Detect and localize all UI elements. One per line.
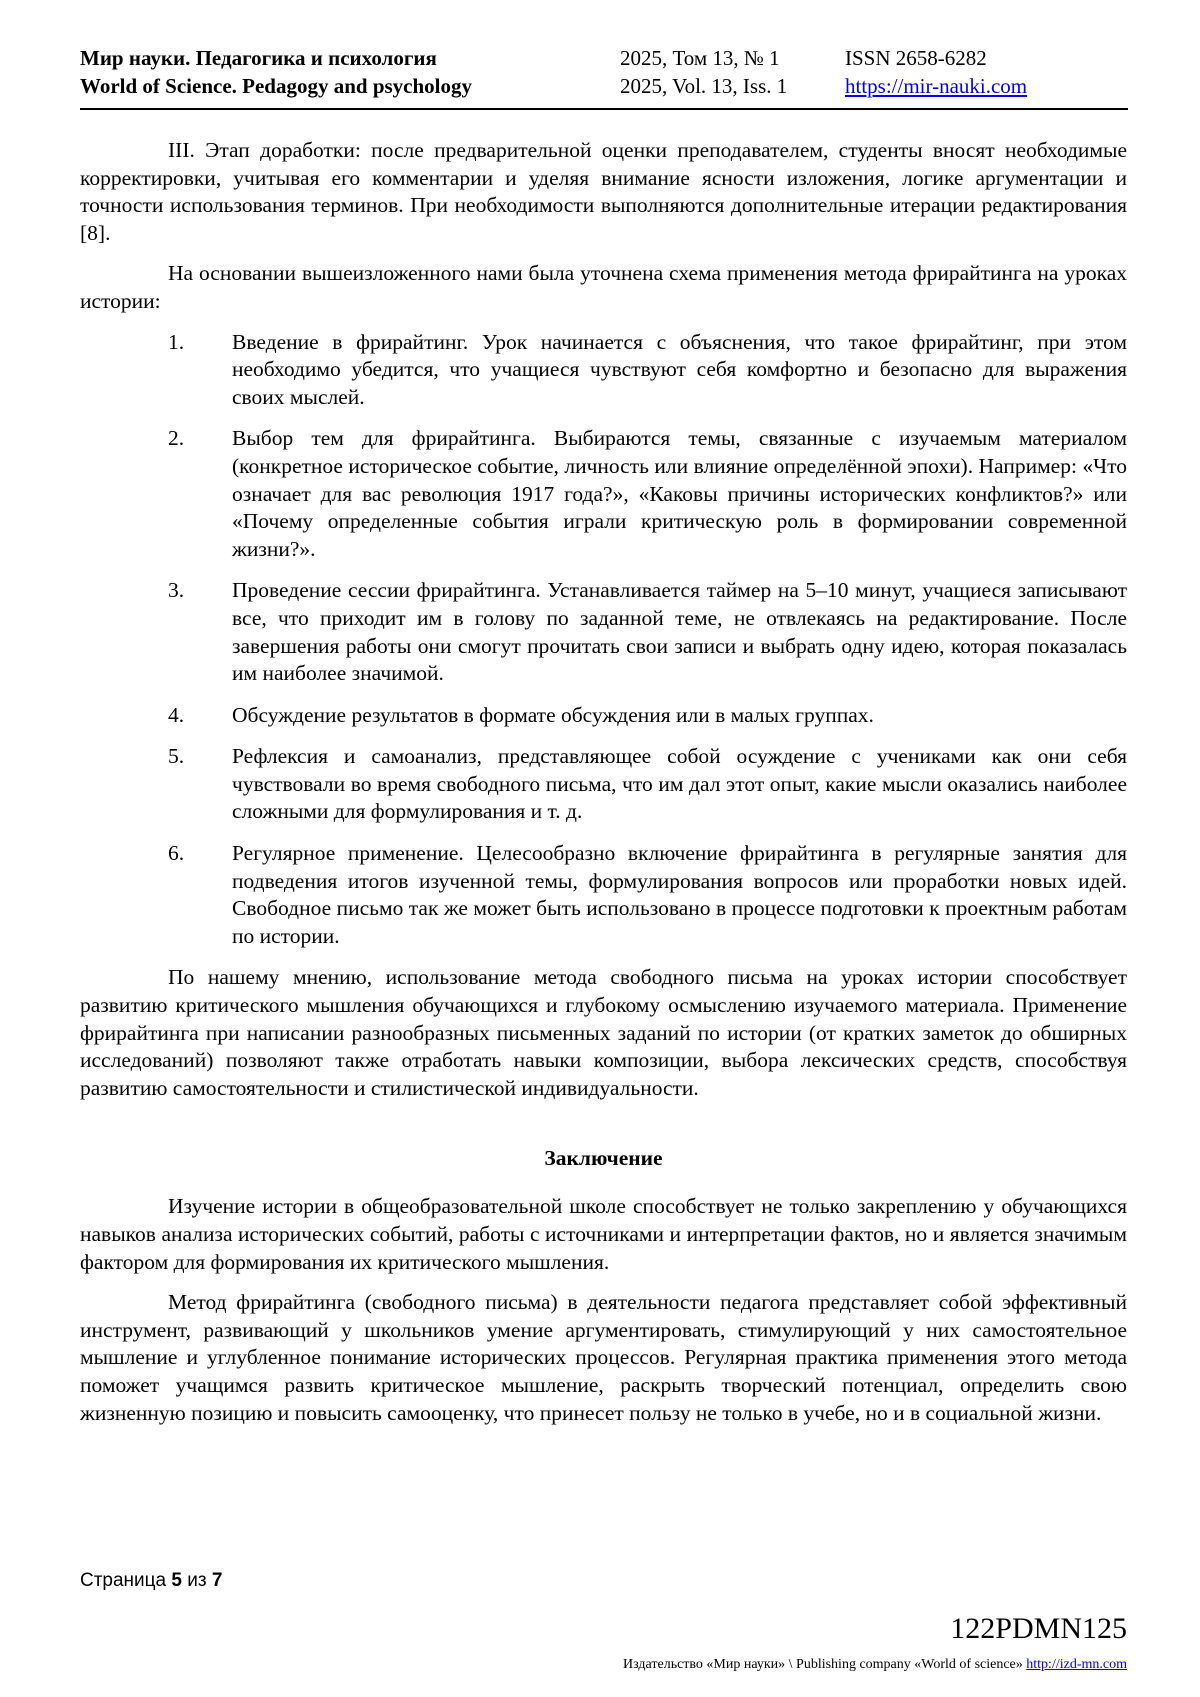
list-item: 5. Рефлексия и самоанализ, представляюще… <box>80 743 1127 826</box>
publisher-link[interactable]: http://izd-mn.com <box>1026 1657 1127 1672</box>
journal-website-link[interactable]: https://mir-nauki.com <box>845 74 1027 98</box>
journal-website-row: https://mir-nauki.com <box>845 72 1128 100</box>
issue-info-en: 2025, Vol. 13, Iss. 1 <box>620 72 845 100</box>
issn-block: ISSN 2658-6282 https://mir-nauki.com <box>845 44 1128 100</box>
article-body: III. Этап доработки: после предварительн… <box>80 137 1127 1440</box>
document-page: Мир науки. Педагогика и психология World… <box>0 0 1200 1697</box>
journal-title-en: World of Science. Pedagogy and psycholog… <box>80 72 620 100</box>
page-current: 5 <box>171 1570 182 1591</box>
list-item-number: 4. <box>168 702 184 730</box>
paragraph-conclusion-2: Метод фрирайтинга (свободного письма) в … <box>80 1289 1127 1427</box>
issue-info: 2025, Том 13, № 1 2025, Vol. 13, Iss. 1 <box>620 44 845 100</box>
page-total: 7 <box>212 1570 223 1591</box>
publisher-text: Издательство «Мир науки» \ Publishing co… <box>623 1657 1026 1672</box>
list-item-text: Обсуждение результатов в формате обсужде… <box>232 703 874 727</box>
list-item-text: Введение в фрирайтинг. Урок начинается с… <box>232 330 1127 409</box>
list-item: 2. Выбор тем для фрирайтинга. Выбираются… <box>80 425 1127 563</box>
list-item: 6. Регулярное применение. Целесообразно … <box>80 840 1127 950</box>
list-item-number: 3. <box>168 577 184 605</box>
page-of-label: из <box>187 1570 206 1591</box>
paragraph-revision-stage: III. Этап доработки: после предварительн… <box>80 137 1127 247</box>
list-item: 1. Введение в фрирайтинг. Урок начинаетс… <box>80 329 1127 412</box>
list-item-number: 1. <box>168 329 184 357</box>
list-item-text: Регулярное применение. Целесообразно вкл… <box>232 841 1127 948</box>
publisher-line: Издательство «Мир науки» \ Publishing co… <box>623 1656 1127 1674</box>
article-id: 122PDMN125 <box>950 1612 1127 1646</box>
journal-title: Мир науки. Педагогика и психология World… <box>80 44 620 100</box>
list-item-number: 6. <box>168 840 184 868</box>
list-item-text: Рефлексия и самоанализ, представляющее с… <box>232 744 1127 823</box>
paragraph-conclusion-1: Изучение истории в общеобразовательной ш… <box>80 1193 1127 1276</box>
page-header: Мир науки. Педагогика и психология World… <box>80 44 1128 110</box>
issue-info-ru: 2025, Том 13, № 1 <box>620 44 845 72</box>
list-item-text: Выбор тем для фрирайтинга. Выбираются те… <box>232 426 1127 560</box>
list-item-text: Проведение сессии фрирайтинга. Устанавли… <box>232 578 1127 685</box>
list-item: 3. Проведение сессии фрирайтинга. Устана… <box>80 577 1127 687</box>
conclusion-heading: Заключение <box>80 1146 1127 1171</box>
page-indicator: Страница 5 из 7 <box>80 1570 222 1592</box>
list-item: 4. Обсуждение результатов в формате обсу… <box>80 702 1127 730</box>
list-item-number: 5. <box>168 743 184 771</box>
paragraph-scheme-intro: На основании вышеизложенного нами была у… <box>80 260 1127 315</box>
list-item-number: 2. <box>168 425 184 453</box>
journal-title-ru: Мир науки. Педагогика и психология <box>80 44 620 72</box>
issn-number: ISSN 2658-6282 <box>845 44 1128 72</box>
numbered-list: 1. Введение в фрирайтинг. Урок начинаетс… <box>80 329 1127 951</box>
paragraph-opinion: По нашему мнению, использование метода с… <box>80 964 1127 1102</box>
page-indicator-label: Страница <box>80 1570 166 1591</box>
